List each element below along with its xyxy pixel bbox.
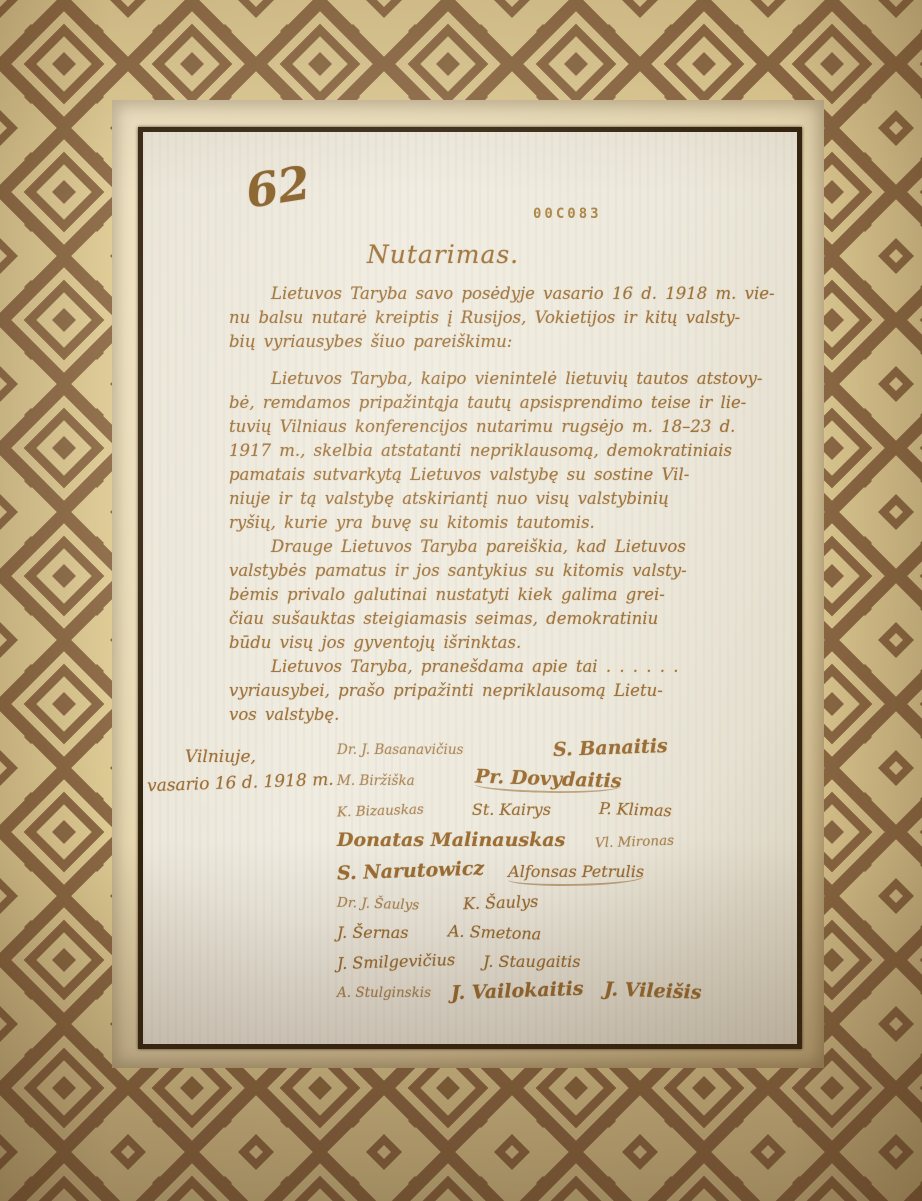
signature: Vl. Mironas <box>595 829 675 856</box>
signature: S. Narutowicz <box>337 856 485 885</box>
signature-row: A. Stulginskis J. Vailokaitis J. Vileiši… <box>337 979 777 1005</box>
document-line: 1917 m., skelbia atstatanti nepriklausom… <box>229 439 734 463</box>
document-line: Lietuvos Taryba, pranešdama apie tai . .… <box>229 655 734 679</box>
place-line: Vilniuje, <box>157 744 334 770</box>
photo-of-engraved-document: 62 00C083 Nutarimas. Lietuvos Taryba sav… <box>0 0 922 1201</box>
signature-row: Dr. J. Basanavičius S. Banaitis <box>337 736 777 762</box>
document-paragraph: Lietuvos Taryba, pranešdama apie tai . .… <box>229 655 734 727</box>
stamp-number: 00C083 <box>533 206 602 222</box>
signature-row: J. Šernas A. Smetona <box>337 921 777 945</box>
handwritten-archive-number: 62 <box>242 155 314 218</box>
signature: J. Šernas <box>337 921 408 945</box>
signature: K. Bizauskas <box>337 797 425 824</box>
signature-row: K. Bizauskas St. Kairys P. Klimas <box>337 798 777 823</box>
document-line: čiau sušauktas steigiamasis seimas, demo… <box>229 607 734 631</box>
document-line: vos valstybę. <box>229 703 734 727</box>
document-line: Lietuvos Taryba savo posėdyje vasario 16… <box>229 282 734 306</box>
signature: P. Klimas <box>599 797 673 824</box>
document-line: bių vyriausybes šiuo pareiškimu: <box>229 330 734 354</box>
document-line: tuvių Vilniaus konferencijos nutarimu ru… <box>229 415 734 439</box>
document-line: valstybės pamatus ir jos santykius su ki… <box>229 559 734 583</box>
signature: J. Smilgevičius <box>337 948 456 976</box>
signature-row: M. Biržiška Pr. Dovydaitis <box>337 767 777 793</box>
document-line: pamatais sutvarkytą Lietuvos valstybę su… <box>229 463 734 487</box>
date-line: vasario 16 d. 1918 m. <box>147 767 335 800</box>
document-paragraph: Lietuvos Taryba, kaipo vienintelė lietuv… <box>229 367 734 535</box>
document-paragraph: Drauge Lietuvos Taryba pareiškia, kad Li… <box>229 535 734 655</box>
document-paragraph: Lietuvos Taryba savo posėdyje vasario 16… <box>229 282 734 354</box>
signature: M. Biržiška <box>337 769 415 793</box>
signature: J. Vileišis <box>603 977 701 1004</box>
signature-row: J. Smilgevičius J. Staugaitis <box>337 950 777 974</box>
document-title: Nutarimas. <box>338 240 548 269</box>
signature: Dr. J. Šaulys <box>337 891 420 918</box>
document-body: Lietuvos Taryba savo posėdyje vasario 16… <box>229 282 734 727</box>
signature: Pr. Dovydaitis <box>474 764 621 795</box>
signature-row: S. Narutowicz Alfonsas Petrulis <box>337 859 777 886</box>
signature-row: Donatas Malinauskas Vl. Mironas <box>337 828 777 854</box>
signature: K. Šaulys <box>463 890 539 917</box>
document-line: būdu visų jos gyventojų išrinktas. <box>229 631 734 655</box>
document-line: bė, remdamos pripažintąja tautų apsispre… <box>229 391 734 415</box>
signature: Dr. J. Basanavičius <box>337 738 463 762</box>
place-and-date: Vilniuje, vasario 16 d. 1918 m. <box>157 744 334 796</box>
signature: S. Banaitis <box>553 734 668 762</box>
document-line: nu balsu nutarė kreiptis į Rusijos, Voki… <box>229 306 734 330</box>
signature: St. Kairys <box>472 798 551 822</box>
signature: A. Smetona <box>448 919 542 946</box>
signature: Alfonsas Petrulis <box>508 860 644 886</box>
document-line: vyriausybei, prašo pripažinti nepriklaus… <box>229 679 734 703</box>
signature-row: Dr. J. Šaulys K. Šaulys <box>337 891 777 916</box>
document-line: Lietuvos Taryba, kaipo vienintelė lietuv… <box>229 367 734 391</box>
document-line: niuje ir tą valstybę atskiriantį nuo vis… <box>229 487 734 511</box>
signature: Donatas Malinauskas <box>337 828 565 852</box>
signatures-block: Dr. J. Basanavičius S. Banaitis M. Birži… <box>337 736 777 1010</box>
document-line: ryšių, kurie yra buvę su kitomis tautomi… <box>229 511 734 535</box>
signature: J. Staugaitis <box>483 950 580 974</box>
document-sheet: 62 00C083 Nutarimas. Lietuvos Taryba sav… <box>143 132 797 1044</box>
signature: J. Vailokaitis <box>451 977 584 1006</box>
signature: A. Stulginskis <box>337 981 431 1005</box>
document-line: bėmis privalo galutinai nustatyti kiek g… <box>229 583 734 607</box>
document-line: Drauge Lietuvos Taryba pareiškia, kad Li… <box>229 535 734 559</box>
